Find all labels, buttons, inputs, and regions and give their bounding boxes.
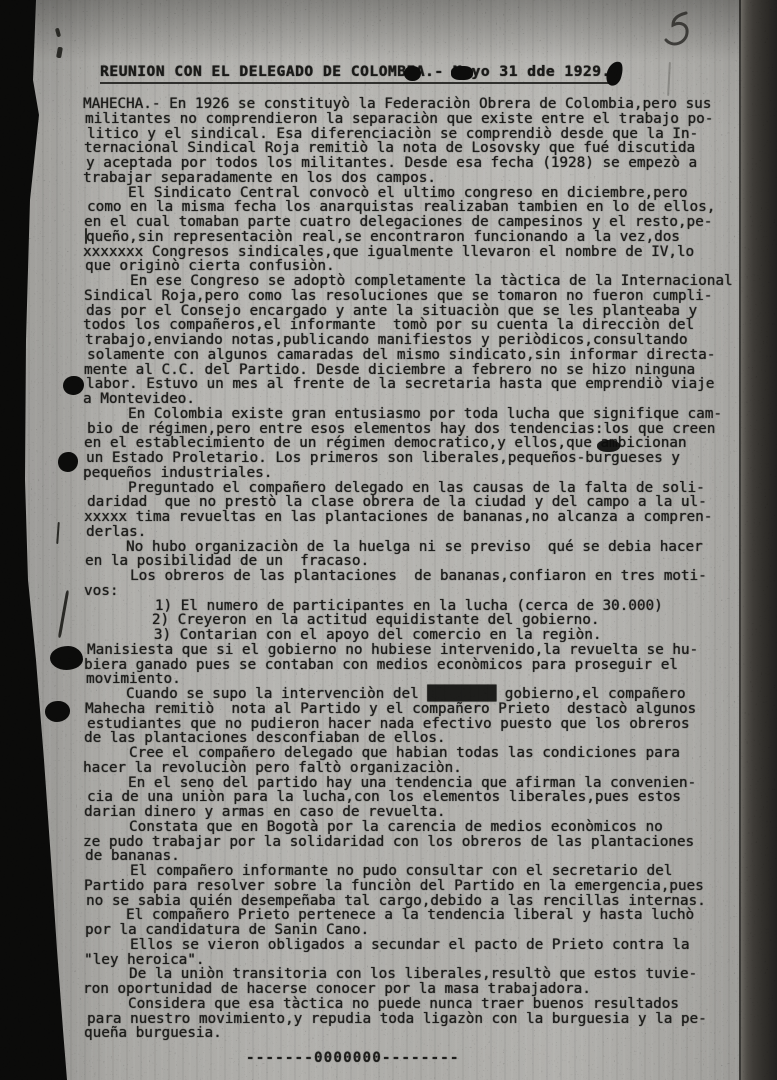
pen-stroke [56, 47, 63, 59]
text-line: 1) El numero de participantes en la luch… [86, 599, 758, 614]
pen-stroke [58, 590, 69, 638]
text-line: queña burguesia. [84, 1026, 756, 1041]
text-line: litico y el sindical. Esa diferenciaciòn… [87, 127, 759, 142]
text-line: como en la misma fecha los anarquistas r… [87, 200, 759, 215]
text-line: pequeños industriales. [83, 466, 755, 481]
text-line: Cuando se supo la intervenciòn del █████… [83, 687, 755, 702]
pen-stroke [55, 28, 61, 38]
text-line: por la candidatura de Sanin Cano. [85, 923, 757, 938]
margin-ink-dot [50, 646, 83, 670]
scanned-document-page: REUNION CON EL DELEGADO DE COLOMBIA.- Ma… [0, 0, 777, 1080]
text-line: de bananas. [85, 849, 757, 864]
text-line: Mahecha remitiò nota al Partido y el com… [85, 702, 757, 717]
text-line: De la uniòn transitoria con los liberale… [86, 967, 758, 982]
text-line: que originò cierta confusiòn. [85, 259, 757, 274]
document-title: REUNION CON EL DELEGADO DE COLOMBIA.- Ma… [100, 63, 611, 84]
text-line: das por el Consejo encargado y ante la s… [86, 304, 758, 319]
text-line: Cree el compañero delegado que habian to… [86, 746, 758, 761]
text-line: bio de régimen,pero entre esos elementos… [87, 422, 759, 437]
text-line: en el cual tomaban parte cuatro delegaci… [84, 215, 756, 230]
text-line: a Montevideo. [83, 392, 755, 407]
text-line: en la posibilidad de un fracaso. [85, 554, 757, 569]
text-line: xxxxxxx Congresos sindicales,que igualme… [83, 245, 755, 260]
text-line: hacer la revoluciòn pero faltò organizac… [83, 761, 755, 776]
text-line: trabajar separadamente en los dos campos… [83, 171, 755, 186]
handwritten-page-number [658, 8, 698, 54]
text-line: En el seno del partido hay una tendencia… [85, 776, 757, 791]
text-line: todos los compañeros,el informante tomò … [83, 318, 755, 333]
text-line: 2) Creyeron en la actitud equidistante d… [83, 613, 755, 628]
text-line: Preguntado el compañero delegado en las … [85, 481, 757, 496]
text-line: Sindical Roja,pero como las resoluciones… [84, 289, 756, 304]
text-line: para nuestro movimiento,y repudia toda l… [87, 1012, 759, 1027]
text-line: ze pudo trabajar por la solidaridad con … [83, 835, 755, 850]
text-line: darian dinero y armas en caso de revuelt… [84, 805, 756, 820]
text-line: xxxxx tima revueltas en las plantaciones… [84, 510, 756, 525]
ink-blot [404, 66, 421, 81]
text-line: 3) Contarian con el apoyo del comercio e… [85, 628, 757, 643]
pen-stroke [85, 228, 87, 244]
margin-ink-dot [45, 701, 70, 722]
text-line: vos: [84, 584, 756, 599]
ink-blot [597, 440, 620, 452]
text-line: militantes no comprendieron la separaciò… [85, 112, 757, 127]
text-line: MAHECHA.- En 1926 se constituyò la Feder… [83, 97, 755, 112]
pen-stroke [667, 62, 671, 96]
text-line: solamente con algunos camaradas del mism… [87, 348, 759, 363]
text-line: un Estado Proletario. Los primeros son l… [86, 451, 758, 466]
text-line: En Colombia existe gran entusiasmo por t… [85, 407, 757, 422]
text-line: "ley heroica". [84, 953, 756, 968]
text-line: Partido para resolver sobre la funciòn d… [84, 879, 756, 894]
text-line: Considera que esa tàctica no puede nunca… [85, 997, 757, 1012]
text-line: No hubo organizaciòn de la huelga ni se … [83, 540, 755, 555]
text-line: Manisiesta que si el gobierno no hubiese… [87, 643, 759, 658]
text-line: y aceptada por todos los militantes. Des… [86, 156, 758, 171]
text-line: en el establecimiento de un régimen demo… [84, 436, 756, 451]
scan-edge-left [0, 0, 70, 1080]
text-line: Ellos se vieron obligados a secundar el … [87, 938, 759, 953]
text-line: El compañero informante no pudo consulta… [87, 864, 759, 879]
text-line: movimiento. [86, 672, 758, 687]
text-line: cia de una uniòn para la lucha,con los e… [87, 790, 759, 805]
text-line: biera ganado pues se contaban con medios… [84, 658, 756, 673]
text-line: daridad que no prestò la clase obrera de… [87, 495, 759, 510]
text-line: mente al C.C. del Partido. Desde diciemb… [84, 363, 756, 378]
footer-divider: -------0000000-------- [246, 1050, 460, 1066]
text-line: ternacional Sindical Roja remitiò la not… [84, 141, 756, 156]
text-line: En ese Congreso se adoptò completamente … [87, 274, 759, 289]
text-line: El compañero Prieto pertenece a la tende… [83, 908, 755, 923]
text-line: derlas. [86, 525, 758, 540]
text-line: labor. Estuvo un mes al frente de la sec… [86, 377, 758, 392]
text-line: El Sindicato Central convocò el ultimo c… [85, 186, 757, 201]
text-line: Constata que en Bogotà por la carencia d… [86, 820, 758, 835]
text-line: de las plantaciones desconfiaban de ello… [84, 731, 756, 746]
text-line: Los obreros de las plantaciones de banan… [87, 569, 759, 584]
ink-blot [451, 66, 473, 80]
margin-ink-dot [63, 376, 84, 395]
text-line: queño,sin representaciòn real,se encontr… [86, 230, 758, 245]
text-line: ron oportunidad de hacerse conocer por l… [83, 982, 755, 997]
text-line: estudiantes que no pudieron hacer nada e… [87, 717, 759, 732]
pen-stroke [56, 522, 60, 544]
margin-ink-dot [58, 452, 78, 472]
text-line: trabajo,enviando notas,publicando manifi… [85, 333, 757, 348]
document-body: MAHECHA.- En 1926 se constituyò la Feder… [85, 97, 757, 1041]
text-line: no se sabia quién desempeñaba tal cargo,… [86, 894, 758, 909]
